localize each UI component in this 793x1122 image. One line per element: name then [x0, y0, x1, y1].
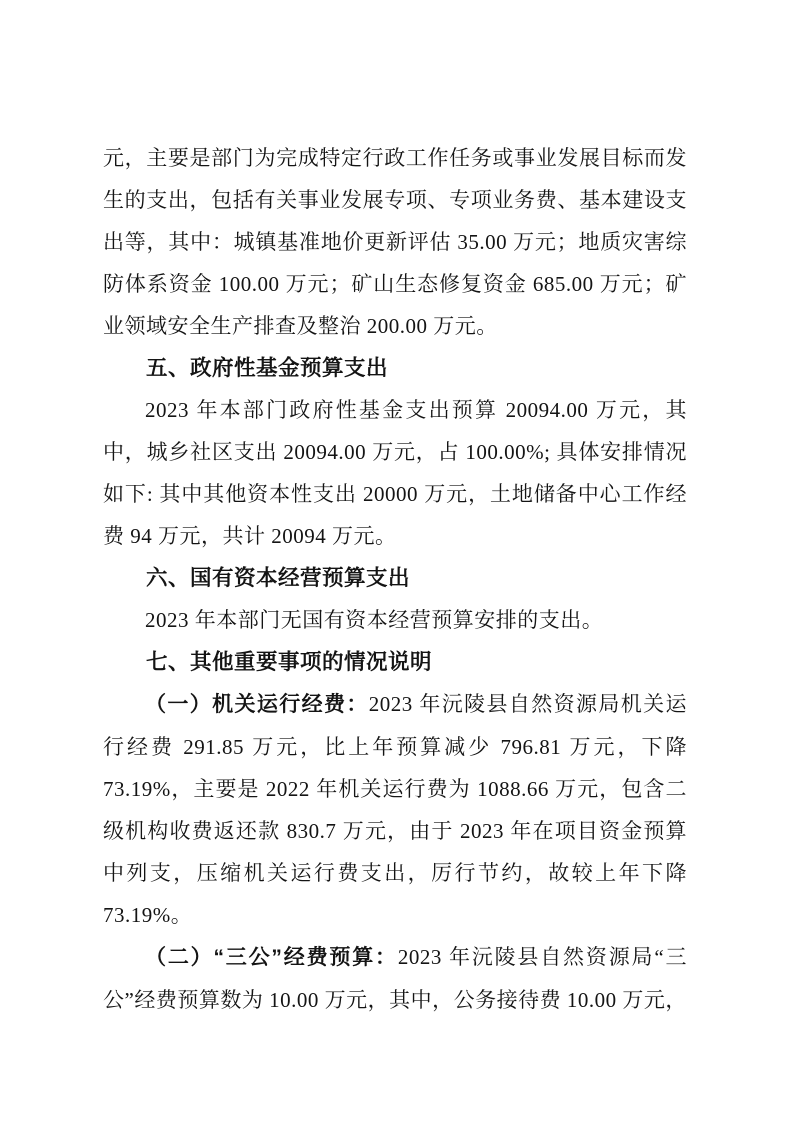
item-two-lead-label: （二）“三公”经费预算： [145, 946, 398, 969]
section-five-paragraph: 2023 年本部门政府性基金支出预算 20094.00 万元，其中，城乡社区支出… [103, 389, 687, 557]
item-one-body-text: 2023 年沅陵县自然资源局机关运行经费 291.85 万元，比上年预算减少 7… [103, 692, 687, 927]
section-seven-heading: 七、其他重要事项的情况说明 [103, 641, 687, 683]
section-five-heading: 五、政府性基金预算支出 [103, 347, 687, 389]
section-six-paragraph: 2023 年本部门无国有资本经营预算安排的支出。 [103, 599, 687, 641]
paragraph-continuation: 元，主要是部门为完成特定行政工作任务或事业发展目标而发生的支出，包括有关事业发展… [103, 137, 687, 347]
section-seven-item-one-paragraph: （一）机关运行经费：2023 年沅陵县自然资源局机关运行经费 291.85 万元… [103, 683, 687, 936]
document-page: 元，主要是部门为完成特定行政工作任务或事业发展目标而发生的支出，包括有关事业发展… [0, 0, 793, 1122]
section-seven-item-two-paragraph: （二）“三公”经费预算：2023 年沅陵县自然资源局“三公”经费预算数为 10.… [103, 936, 687, 1021]
document-text-block: 元，主要是部门为完成特定行政工作任务或事业发展目标而发生的支出，包括有关事业发展… [103, 137, 687, 1021]
section-six-heading: 六、国有资本经营预算支出 [103, 557, 687, 599]
item-one-lead-label: （一）机关运行经费： [145, 693, 369, 716]
